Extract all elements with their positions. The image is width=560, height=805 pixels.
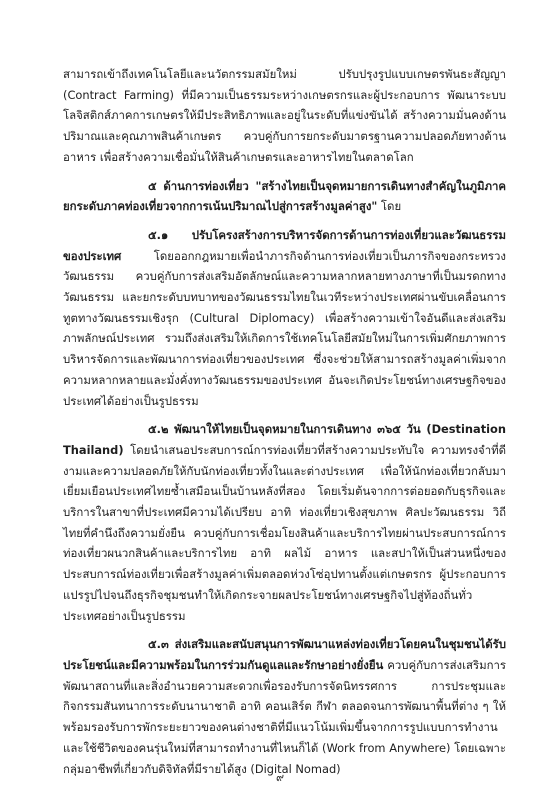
section-5-2-paragraph: ๕.๒ พัฒนาให้ไทยเป็นจุดหมายในการเดินทาง ๓… <box>63 419 506 626</box>
paragraph-gap <box>63 168 506 176</box>
section-5-paragraph: ๕ ด้านการท่องเที่ยว "สร้างไทยเป็นจุดหมาย… <box>63 176 506 217</box>
section-5-3-paragraph: ๕.๓ ส่งเสริมและสนับสนุนการพัฒนาแหล่งท่อง… <box>63 634 506 779</box>
section-5-1-body: โดยออกกฎหมายเพื่อนำภารกิจด้านการท่องเที่… <box>63 249 506 408</box>
paragraph-gap <box>63 217 506 225</box>
paragraph-gap <box>63 411 506 419</box>
page-number: ๙ <box>0 768 560 786</box>
section-5-body: โดย <box>377 199 401 213</box>
paragraph-gap <box>63 626 506 634</box>
document-page: สามารถเข้าถึงเทคโนโลยีและนวัตกรรมสมัยใหม… <box>63 64 506 779</box>
section-5-3-body: ควบคู่กับการส่งเสริมการพัฒนาสถานที่และสิ… <box>63 658 506 776</box>
paragraph-intro-continuation: สามารถเข้าถึงเทคโนโลยีและนวัตกรรมสมัยใหม… <box>63 64 506 168</box>
section-5-2-body: โดยนำเสนอประสบการณ์การท่องเที่ยวที่สร้าง… <box>63 443 506 623</box>
section-5-heading: ๕ ด้านการท่องเที่ยว "สร้างไทยเป็นจุดหมาย… <box>63 179 506 214</box>
section-5-1-paragraph: ๕.๑ ปรับโครงสร้างการบริหารจัดการด้านการท… <box>63 225 506 411</box>
